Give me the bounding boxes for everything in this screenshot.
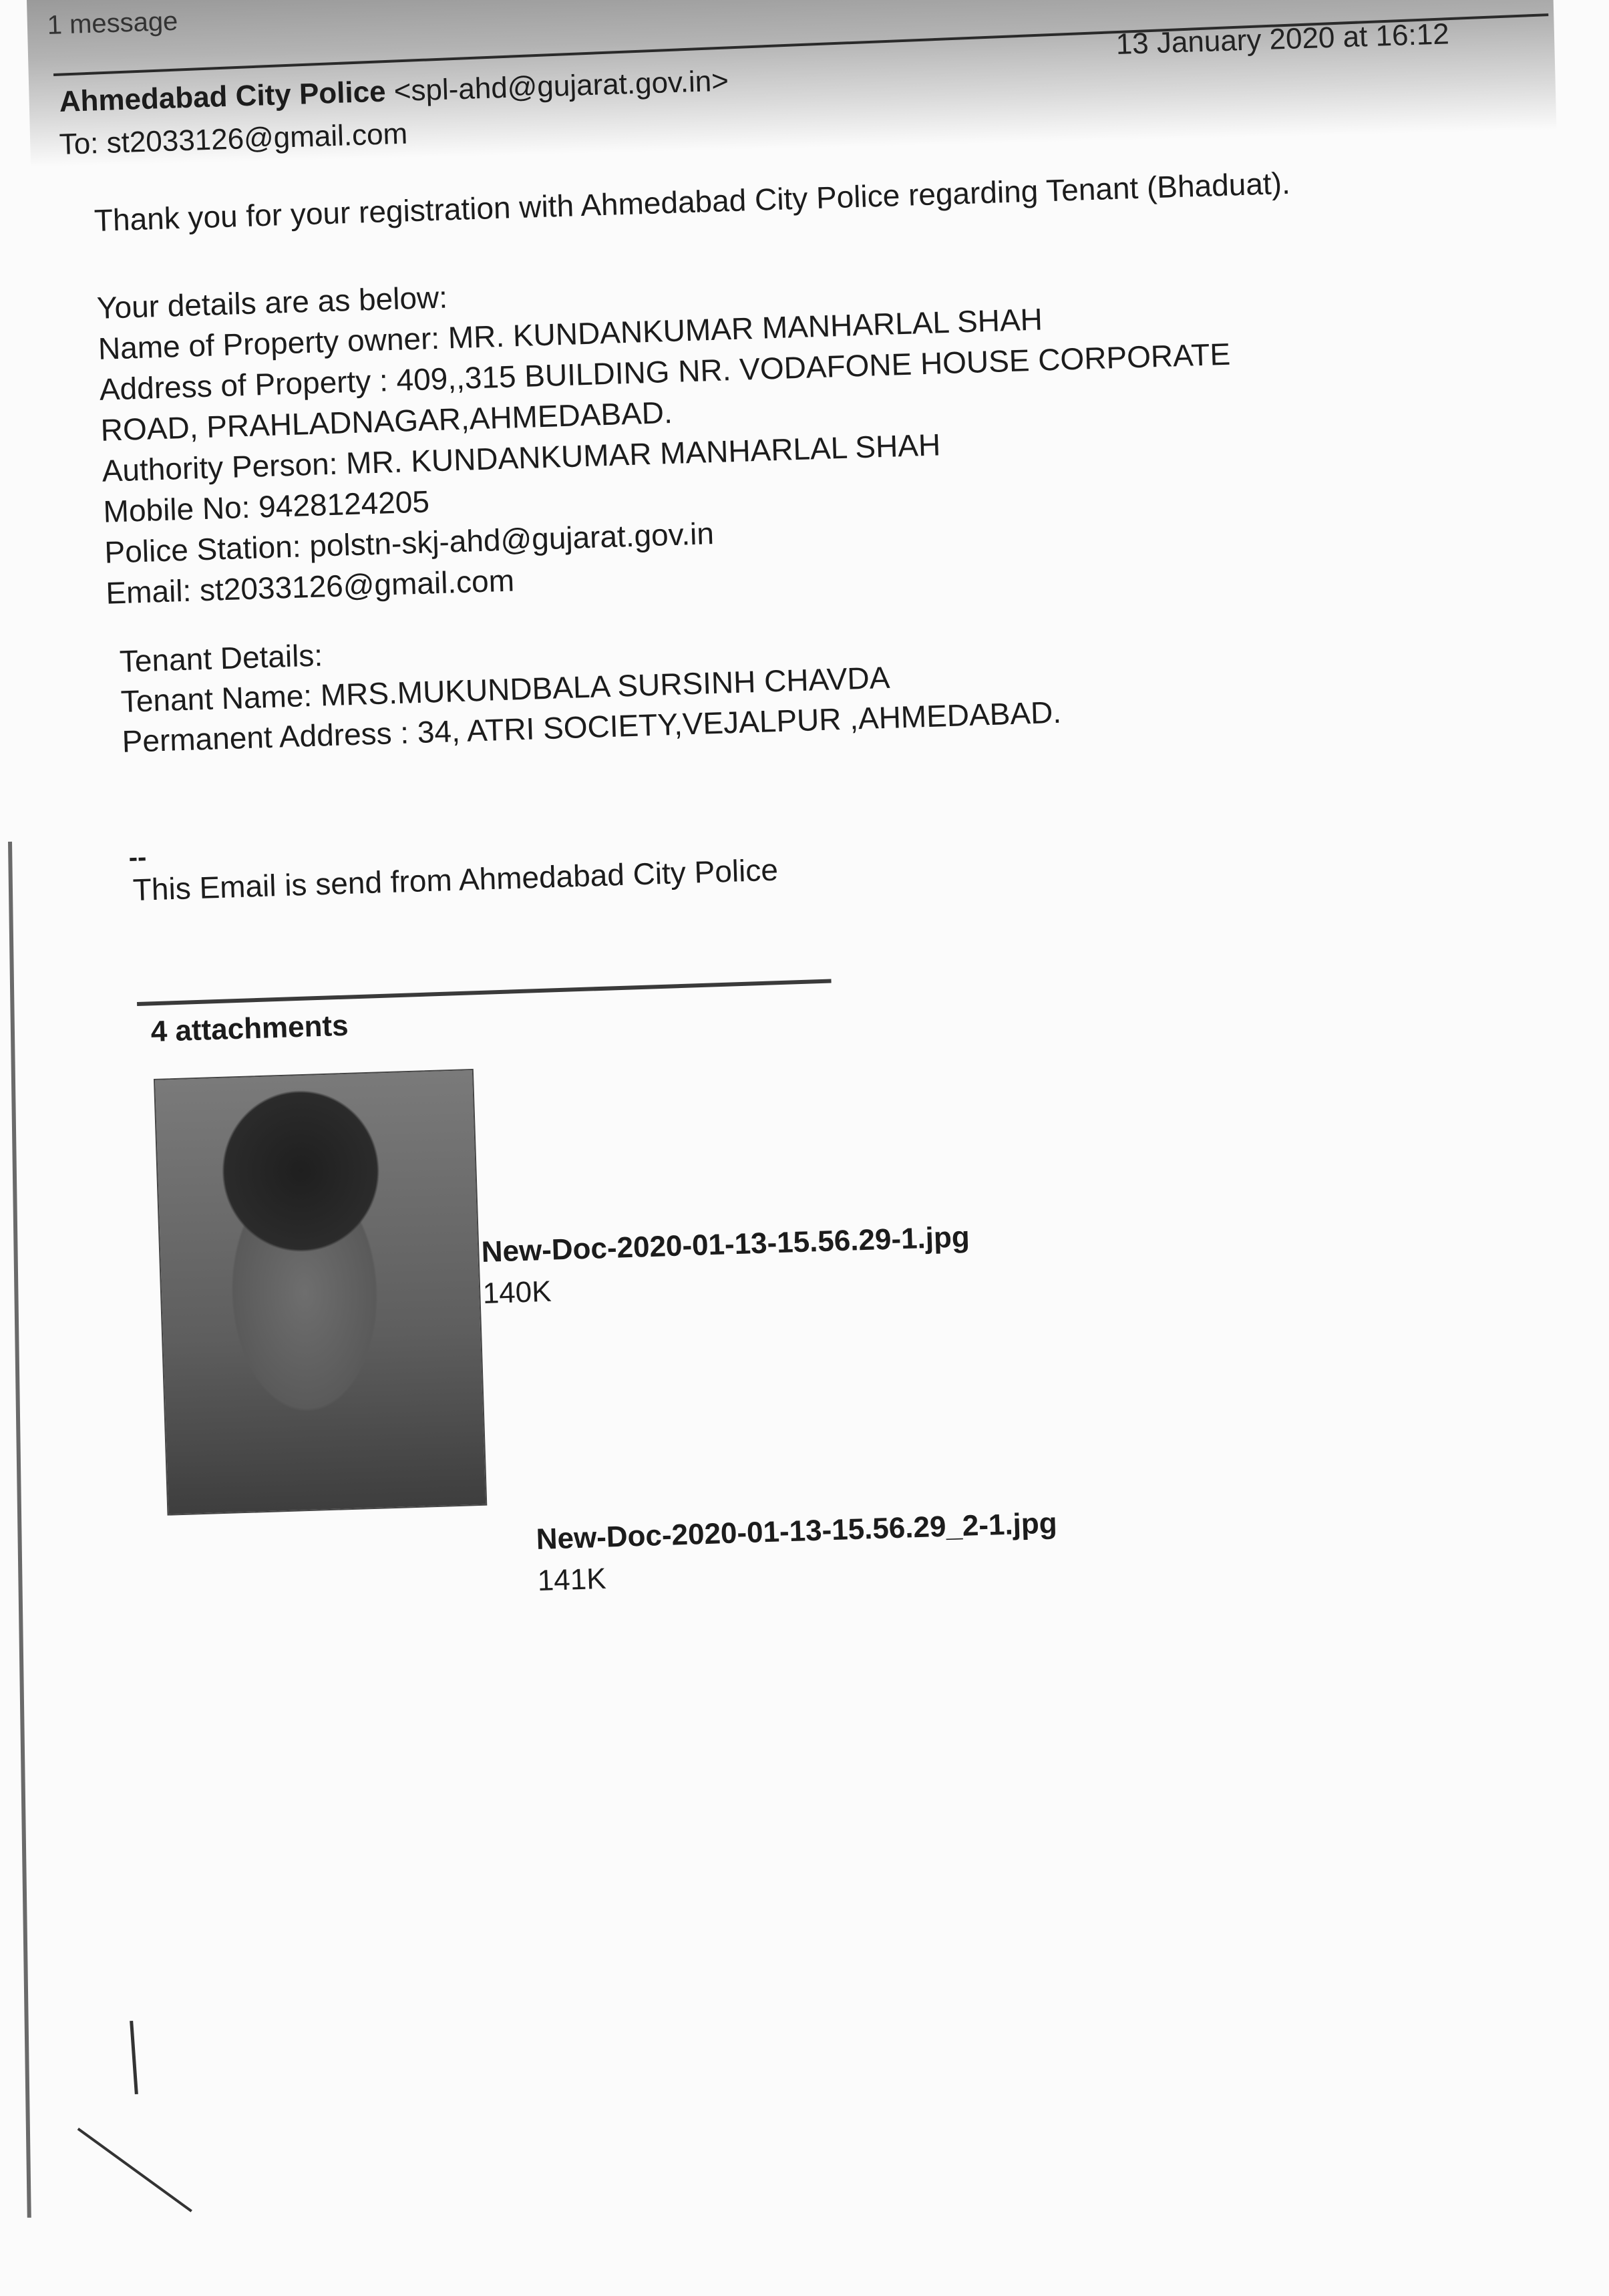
scanned-email-page: 1 message 13 January 2020 at 16:12 Ahmed… — [0, 0, 1609, 2296]
attachment-2-size: 141K — [537, 1563, 606, 1598]
photo-thumbnail-icon[interactable] — [154, 1069, 487, 1516]
signature-text: This Email is send from Ahmedabad City P… — [132, 852, 779, 908]
attachment-2-name[interactable]: New-Doc-2020-01-13-15.56.29_2-1.jpg — [536, 1506, 1057, 1556]
attachment-1-size: 140K — [482, 1275, 552, 1311]
attachments-count: 4 attachments — [150, 1009, 349, 1049]
tenant-details: Tenant Details: Tenant Name: MRS.MUKUNDB… — [119, 612, 1062, 762]
attachment-1-name[interactable]: New-Doc-2020-01-13-15.56.29-1.jpg — [481, 1220, 970, 1269]
pen-mark — [130, 2021, 138, 2094]
scan-corner-mark — [77, 2128, 192, 2212]
scan-edge-mark — [8, 842, 31, 2218]
attachments-divider — [137, 979, 832, 1006]
message-count: 1 message — [47, 7, 178, 41]
message-body: Thank you for your registration with Ahm… — [94, 163, 1302, 614]
signature-separator: -- — [128, 842, 147, 873]
